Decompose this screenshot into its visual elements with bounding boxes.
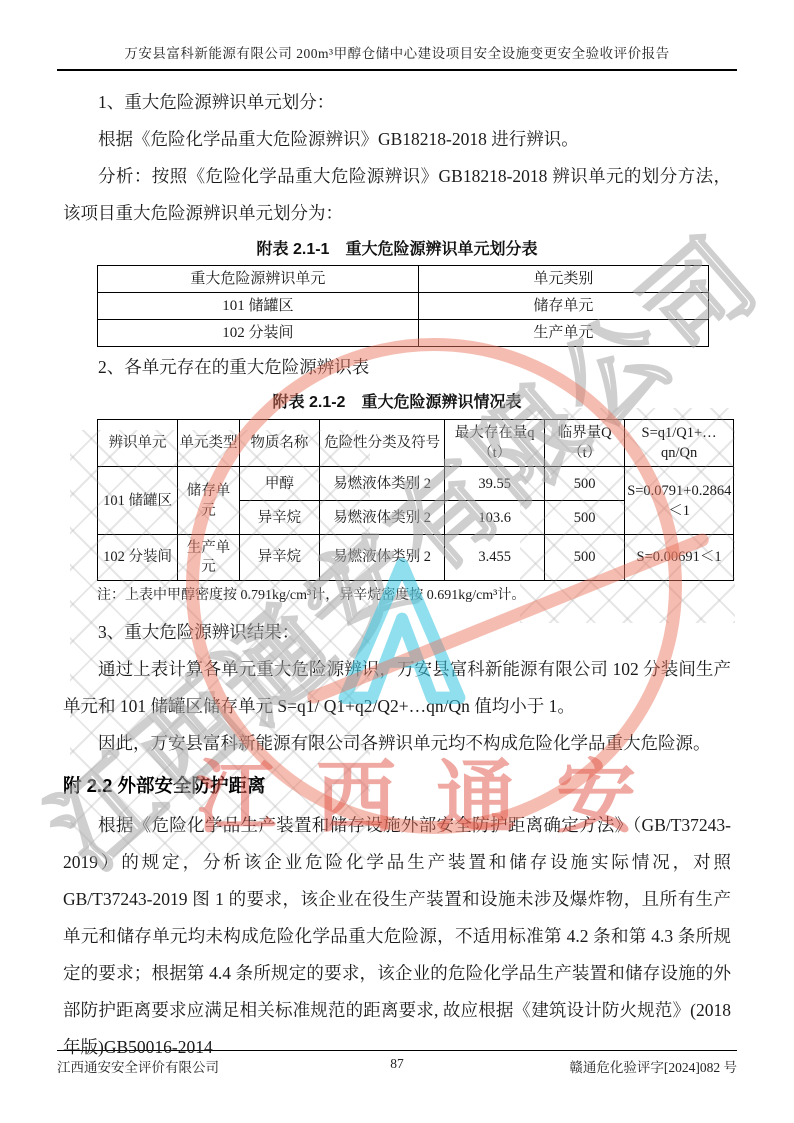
table-row: 辨识单元 单元类型 物质名称 危险性分类及符号 最大存在量q（t） 临界量Q（t…	[98, 420, 734, 467]
table2-header-s-formula: S=q1/Q1+… qn/Qn	[625, 420, 734, 467]
report-title: 万安县富科新能源有限公司 200m³甲醇仓储中心建设项目安全设施变更安全验收评价…	[124, 46, 669, 61]
paragraph-conclusion: 因此，万安县富科新能源有限公司各辨识单元均不构成危险化学品重大危险源。	[63, 725, 731, 762]
page-body: 1、重大危险源辨识单元划分： 根据《危险化学品重大危险源辨识》GB18218-2…	[63, 84, 731, 1066]
table-row: 102 分装间 生产单元 异辛烷 易燃液体类别 2 3.455 500 S=0.…	[98, 535, 734, 581]
table2-cell-type: 生产单元	[178, 535, 240, 581]
table-row: 101 储罐区 储存单元	[98, 293, 709, 320]
table2-cell-type: 储存单元	[178, 467, 240, 535]
table1-cell-category: 生产单元	[418, 320, 708, 347]
table2-cell-s-value: S=0.0791+0.2864＜1	[625, 467, 734, 535]
hazard-identification-table: 辨识单元 单元类型 物质名称 危险性分类及符号 最大存在量q（t） 临界量Q（t…	[97, 419, 734, 581]
table1-cell-unit: 102 分装间	[98, 320, 419, 347]
table2-caption: 附表 2.1-2 重大危险源辨识情况表	[63, 387, 731, 418]
table2-cell-unit: 102 分装间	[98, 535, 178, 581]
table2-header-max-qty: 最大存在量q（t）	[445, 420, 545, 467]
table-row: 重大危险源辨识单元 单元类别	[98, 266, 709, 293]
table2-cell-critical: 500	[545, 467, 625, 501]
table1-caption: 附表 2.1-1 重大危险源辨识单元划分表	[63, 234, 731, 265]
table2-cell-unit: 101 储罐区	[98, 467, 178, 535]
page-header: 万安县富科新能源有限公司 200m³甲醇仓储中心建设项目安全设施变更安全验收评价…	[57, 0, 737, 71]
unit-division-table: 重大危险源辨识单元 单元类别 101 储罐区 储存单元 102 分装间 生产单元	[97, 265, 709, 347]
paragraph-external-distance: 根据《危险化学品生产装置和储存设施外部安全防护距离确定方法》（GB/T37243…	[63, 807, 731, 1066]
table1-cell-category: 储存单元	[418, 293, 708, 320]
table2-cell-hazard: 易燃液体类别 2	[319, 467, 444, 501]
section-title-external-safety-distance: 附 2.2 外部安全防护距离	[63, 765, 731, 807]
table2-cell-qty: 3.455	[445, 535, 545, 581]
table2-cell-s-value: S=0.00691＜1	[625, 535, 734, 581]
paragraph-each-unit: 2、各单元存在的重大危险源辨识表	[63, 350, 731, 385]
paragraph-unit-division: 1、重大危险源辨识单元划分：	[63, 84, 731, 121]
table2-cell-qty: 39.55	[445, 467, 545, 501]
table-row: 101 储罐区 储存单元 甲醇 易燃液体类别 2 39.55 500 S=0.0…	[98, 467, 734, 501]
paragraph-analysis: 分析：按照《危险化学品重大危险源辨识》GB18218-2018 辨识单元的划分方…	[63, 158, 731, 232]
table1-header-category: 单元类别	[418, 266, 708, 293]
paragraph-result-detail: 通过上表计算各单元重大危险源辨识，万安县富科新能源有限公司 102 分装间生产单…	[63, 651, 731, 725]
table2-header-unit: 辨识单元	[98, 420, 178, 467]
table1-cell-unit: 101 储罐区	[98, 293, 419, 320]
table-row: 102 分装间 生产单元	[98, 320, 709, 347]
table1-header-unit: 重大危险源辨识单元	[98, 266, 419, 293]
table2-header-hazard: 危险性分类及符号	[319, 420, 444, 467]
table2-header-material: 物质名称	[239, 420, 319, 467]
report-page: 万安县富科新能源有限公司 200m³甲醇仓储中心建设项目安全设施变更安全验收评价…	[0, 0, 794, 1123]
table2-header-critical-qty: 临界量Q（t）	[545, 420, 625, 467]
table2-cell-qty: 103.6	[445, 501, 545, 535]
table2-cell-material: 异辛烷	[239, 535, 319, 581]
table2-cell-critical: 500	[545, 501, 625, 535]
table2-cell-material: 异辛烷	[239, 501, 319, 535]
table2-header-type: 单元类型	[178, 420, 240, 467]
paragraph-basis: 根据《危险化学品重大危险源辨识》GB18218-2018 进行辨识。	[63, 121, 731, 158]
table2-cell-critical: 500	[545, 535, 625, 581]
table2-cell-material: 甲醇	[239, 467, 319, 501]
paragraph-result-title: 3、重大危险源辨识结果：	[63, 614, 731, 651]
table-note: 注：上表中甲醇密度按 0.791kg/cm³计，异辛烷密度按 0.691kg/c…	[97, 583, 731, 609]
table2-cell-hazard: 易燃液体类别 2	[319, 501, 444, 535]
table2-cell-hazard: 易燃液体类别 2	[319, 535, 444, 581]
